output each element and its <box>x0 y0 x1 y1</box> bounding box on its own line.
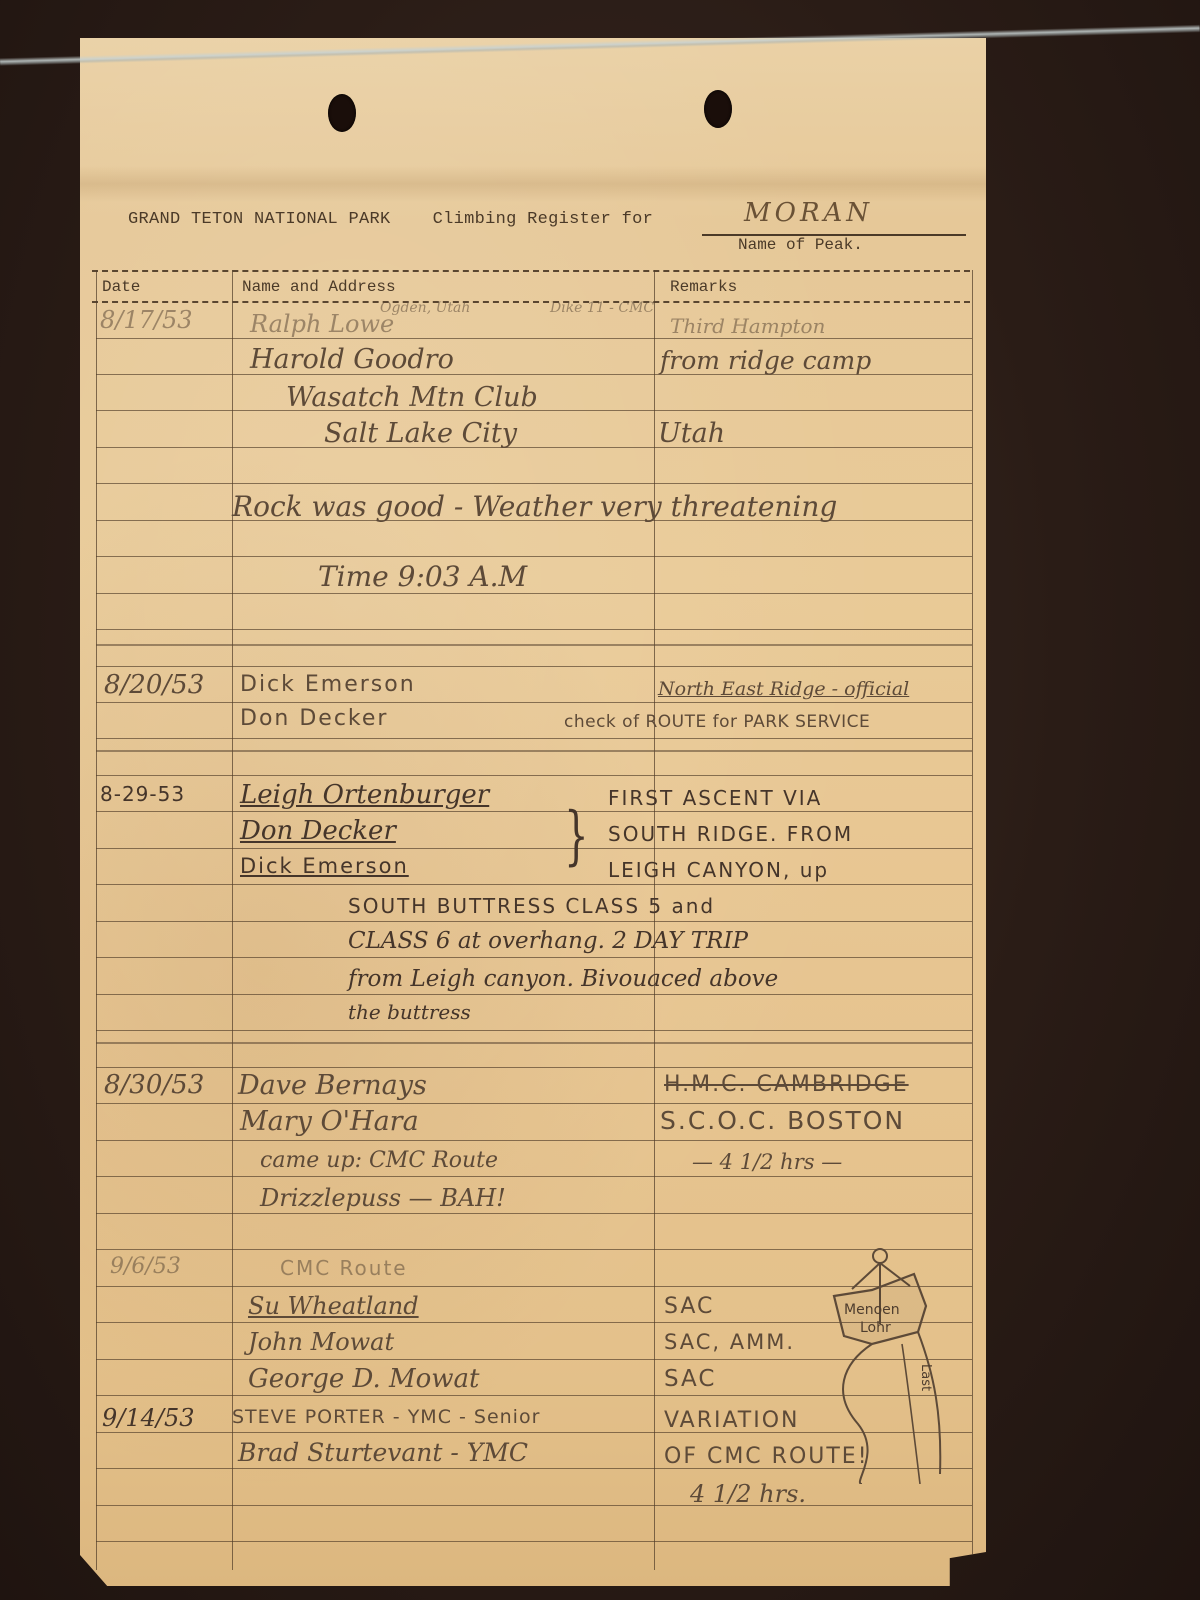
ruled-line <box>96 738 972 739</box>
ruled-line <box>96 338 972 339</box>
entry-remark: VARIATION <box>664 1408 800 1433</box>
entry-separator <box>96 1042 972 1044</box>
entry-remark: SOUTH RIDGE. FROM <box>608 822 853 846</box>
entry-date: 8/17/53 <box>100 306 193 334</box>
entry-remark: SAC <box>664 1294 714 1319</box>
climber-name: Su Wheatland <box>248 1292 419 1320</box>
entry-separator <box>96 644 972 646</box>
ruled-line <box>96 775 972 776</box>
climber-name: John Mowat <box>248 1328 394 1356</box>
climber-name: Leigh Ortenburger <box>240 780 489 810</box>
climber-name: Ralph Lowe <box>250 310 394 338</box>
entry-separator <box>96 750 972 752</box>
brace-symbol: } <box>564 804 588 868</box>
entry-date: 8/20/53 <box>104 670 204 700</box>
entry-date: 8/30/53 <box>104 1070 204 1100</box>
header-top-rule <box>92 270 970 272</box>
entry-continuation: SOUTH BUTTRESS CLASS 5 and <box>348 894 715 918</box>
climber-name: Dick Emerson <box>240 854 409 878</box>
ruled-line <box>96 811 972 812</box>
entry-continuation: from Leigh canyon. Bivouaced above <box>348 966 778 992</box>
entry-route: CMC Route <box>280 1256 408 1280</box>
ruled-line <box>96 1030 972 1031</box>
left-border <box>96 270 97 1570</box>
entry-remark: Utah <box>658 418 725 449</box>
column-header-remarks: Remarks <box>670 278 737 296</box>
ruled-line <box>96 957 972 958</box>
entry-remark: LEIGH CANYON, up <box>608 858 829 882</box>
park-name: GRAND TETON NATIONAL PARK <box>128 210 391 229</box>
form-title: Climbing Register for <box>433 210 654 229</box>
svg-text:Menoen: Menoen <box>844 1302 900 1318</box>
entry-time: Time 9:03 A.M <box>318 560 527 593</box>
column-header-name: Name and Address <box>242 278 396 296</box>
entry-remark: 4 1/2 hrs. <box>690 1480 806 1508</box>
entry-date: 9/14/53 <box>102 1404 195 1432</box>
entry-remark: North East Ridge - official <box>658 678 909 700</box>
city-name: Salt Lake City <box>324 418 517 449</box>
header-bottom-rule <box>92 301 970 303</box>
club-name: Wasatch Mtn Club <box>286 382 538 413</box>
ruled-line <box>96 1505 972 1506</box>
climber-name: Mary O'Hara <box>240 1106 419 1137</box>
entry-remark: S.C.O.C. BOSTON <box>660 1106 905 1135</box>
right-border <box>972 270 973 1570</box>
ruled-line <box>96 666 972 667</box>
entry-remark: SAC <box>664 1366 716 1392</box>
entry-route: came up: CMC Route <box>260 1148 498 1173</box>
climber-name: Dave Bernays <box>238 1070 427 1101</box>
ruled-line <box>96 1176 972 1177</box>
ruled-line <box>96 1541 972 1542</box>
form-header: GRAND TETON NATIONAL PARK Climbing Regis… <box>128 210 653 229</box>
ruled-line <box>96 884 972 885</box>
entry-remark: Third Hampton <box>670 314 825 338</box>
ruled-line <box>96 629 972 630</box>
entry-continuation: CLASS 6 at overhang. 2 DAY TRIP <box>348 928 748 954</box>
entry-remark: from ridge camp <box>660 346 871 375</box>
ruled-line <box>96 483 972 484</box>
climber-name: Don Decker <box>240 706 388 731</box>
entry-date: 8-29-53 <box>100 782 185 806</box>
entry-date: 9/6/53 <box>110 1254 181 1279</box>
ruled-line <box>96 593 972 594</box>
entry-exclamation: Drizzlepuss — BAH! <box>260 1184 506 1212</box>
ruled-line <box>96 1140 972 1141</box>
entry-remark: H.M.C. CAMBRIDGE <box>664 1072 909 1097</box>
entry-continuation: the buttress <box>348 1000 471 1024</box>
ruled-line <box>96 702 972 703</box>
punch-hole-right <box>704 90 732 128</box>
ruled-line <box>96 921 972 922</box>
register-sheet: GRAND TETON NATIONAL PARK Climbing Regis… <box>80 38 986 1586</box>
entry-annotation: Dike 11 - CMC <box>550 300 654 316</box>
climber-name: George D. Mowat <box>248 1364 479 1394</box>
climber-name: Brad Sturtevant - YMC <box>238 1438 528 1467</box>
punch-hole-left <box>328 94 356 132</box>
peak-name: MORAN <box>744 198 873 228</box>
climber-name: Dick Emerson <box>240 672 416 697</box>
lantern-sketch-icon: Menoen Lohr Last <box>822 1244 972 1484</box>
climber-name: Harold Goodro <box>250 344 454 375</box>
ruled-line <box>96 447 972 448</box>
entry-remark: — 4 1/2 hrs — <box>692 1150 842 1174</box>
entry-remark: FIRST ASCENT VIA <box>608 786 822 810</box>
climber-name: Don Decker <box>240 816 396 846</box>
divider-name-remarks <box>654 270 655 1570</box>
ruled-line <box>96 556 972 557</box>
divider-date-name <box>232 270 233 1570</box>
fold-crease <box>80 166 986 202</box>
column-header-date: Date <box>102 278 140 296</box>
ruled-line <box>96 1067 972 1068</box>
ruled-line <box>96 848 972 849</box>
ruled-line <box>96 1103 972 1104</box>
entry-remark: check of ROUTE for PARK SERVICE <box>564 712 870 732</box>
ruled-line <box>96 1213 972 1214</box>
entry-remark: SAC, AMM. <box>664 1330 795 1354</box>
svg-text:Lohr: Lohr <box>860 1320 891 1336</box>
entry-note: Rock was good - Weather very threatening <box>232 490 837 523</box>
ruled-line <box>96 994 972 995</box>
peak-caption: Name of Peak. <box>738 236 863 254</box>
climber-name: STEVE PORTER - YMC - Senior <box>232 1406 540 1428</box>
svg-text:Last: Last <box>918 1364 933 1391</box>
